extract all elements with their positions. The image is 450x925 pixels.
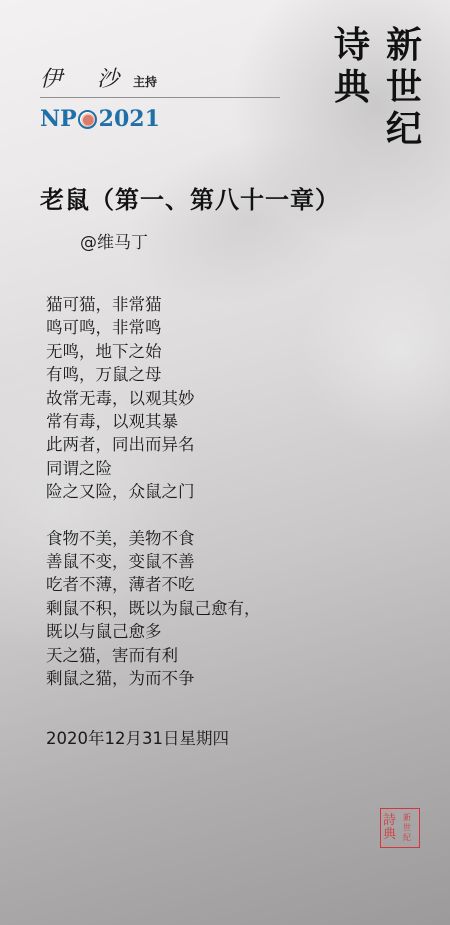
- poem-line: 同谓之险: [46, 457, 261, 480]
- brand-title-col2: 新 世 纪: [386, 24, 426, 150]
- brand-char: 诗: [334, 24, 374, 66]
- npo-logo: NP 2021: [40, 106, 160, 132]
- poem-line: 鸣可鸣，非常鸣: [46, 316, 261, 339]
- poem-body: 猫可猫，非常猫 鸣可鸣，非常鸣 无鸣，地下之始 有鸣，万鼠之母 故常无毒，以观其…: [46, 293, 261, 714]
- divider: [40, 97, 280, 98]
- seal-small-chars: 新 世 紀: [403, 811, 415, 845]
- poem-line: 既以与鼠己愈多: [46, 620, 261, 643]
- host-name: 伊 沙: [40, 62, 133, 93]
- seal-char: 典: [383, 828, 401, 842]
- poem-line: 猫可猫，非常猫: [46, 293, 261, 316]
- poem-line: 剩鼠不积，既以为鼠己愈有，: [46, 597, 261, 620]
- poem-line: 天之猫，害而有利: [46, 644, 261, 667]
- poem-line: 吃者不薄，薄者不吃: [46, 573, 261, 596]
- seal-char: 紀: [403, 833, 415, 843]
- logo-circle-icon: [78, 110, 97, 129]
- brand-char: 世: [386, 66, 426, 108]
- poem-line: 有鸣，万鼠之母: [46, 363, 261, 386]
- poem-title: 老鼠（第一、第八十一章）: [40, 180, 340, 215]
- poem-line: 此两者，同出而异名: [46, 433, 261, 456]
- seal-char: 新: [403, 813, 415, 823]
- stanza: 猫可猫，非常猫 鸣可鸣，非常鸣 无鸣，地下之始 有鸣，万鼠之母 故常无毒，以观其…: [46, 293, 261, 504]
- seal-char: 世: [403, 823, 415, 833]
- logo-year: 2021: [99, 106, 160, 132]
- seal-char: 詩: [383, 814, 401, 828]
- poem-line: 剩鼠之猫，为而不争: [46, 667, 261, 690]
- seal-big-chars: 詩 典: [383, 811, 401, 845]
- brand-char: 纪: [386, 108, 426, 150]
- poem-line: 常有毒，以观其暴: [46, 410, 261, 433]
- poem-line: 食物不美，美物不食: [46, 527, 261, 550]
- poem-line: 故常无毒，以观其妙: [46, 387, 261, 410]
- poem-line: 无鸣，地下之始: [46, 340, 261, 363]
- ink-wash-decoration: [300, 250, 450, 450]
- brand-char: 典: [334, 66, 374, 108]
- brand-title-col1: 诗 典: [334, 24, 374, 108]
- seal-stamp-icon: 詩 典 新 世 紀: [380, 808, 420, 848]
- poem-author: @维马丁: [80, 228, 148, 253]
- logo-prefix: NP: [40, 106, 77, 132]
- stanza: 食物不美，美物不食 善鼠不变，变鼠不善 吃者不薄，薄者不吃 剩鼠不积，既以为鼠己…: [46, 527, 261, 691]
- host-credit: 伊 沙 主持: [40, 62, 157, 93]
- host-role: 主持: [133, 73, 157, 90]
- poem-line: 善鼠不变，变鼠不善: [46, 550, 261, 573]
- poem-date: 2020年12月31日星期四: [46, 725, 229, 749]
- brand-char: 新: [386, 24, 426, 66]
- poem-line: 险之又险，众鼠之门: [46, 480, 261, 503]
